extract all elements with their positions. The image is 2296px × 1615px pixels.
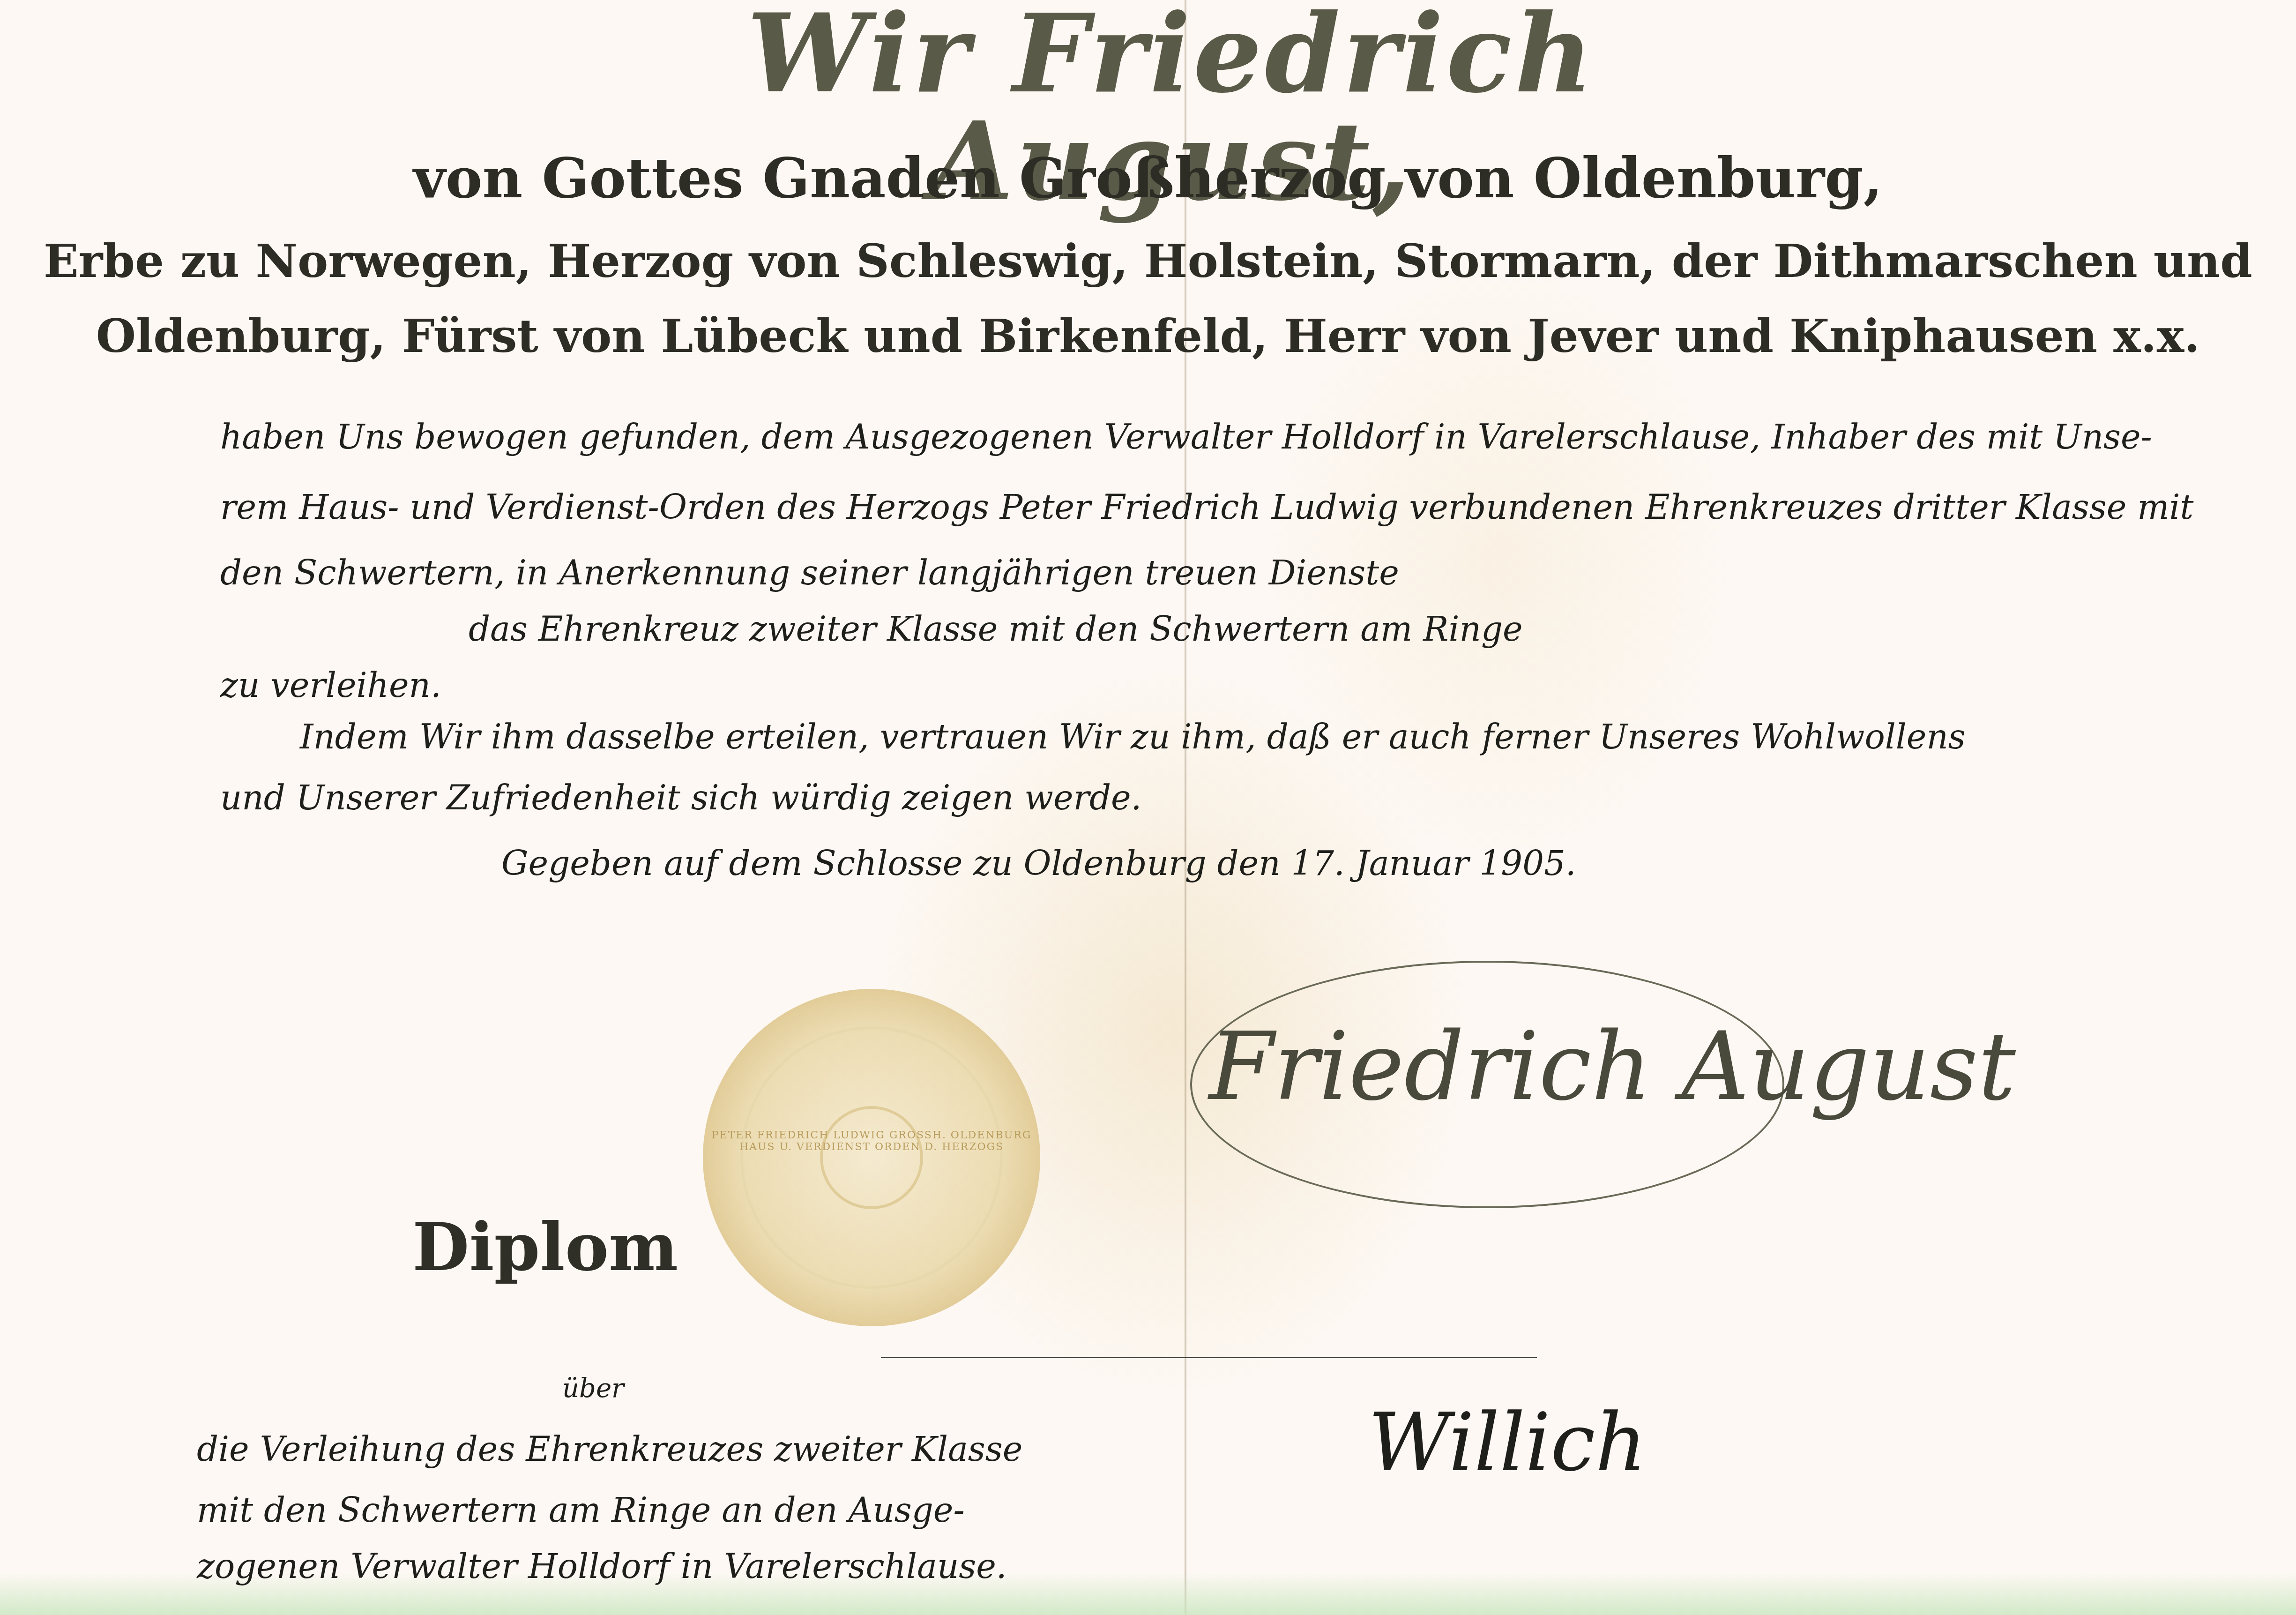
body-line-7: und Unserer Zufriedenheit sich würdig ze… xyxy=(220,778,1142,817)
signature-line xyxy=(881,1357,1537,1358)
countersignature: Willich xyxy=(1368,1397,1647,1489)
body-line-6: Indem Wir ihm dasselbe erteilen, vertrau… xyxy=(300,717,1966,756)
body-line-1: haben Uns bewogen gefunden, dem Ausgezog… xyxy=(220,417,2152,456)
diplom-line-1: über xyxy=(562,1373,624,1404)
signature: Friedrich August xyxy=(1209,1012,2016,1122)
diplom-line-4: zogenen Verwalter Holldorf in Varelersch… xyxy=(197,1547,1007,1586)
subtitle-line-1: von Gottes Gnaden Großherzog von Oldenbu… xyxy=(0,145,2296,210)
date-line: Gegeben auf dem Schlosse zu Oldenburg de… xyxy=(501,844,1576,883)
body-line-4: das Ehrenkreuz zweiter Klasse mit den Sc… xyxy=(469,609,1523,649)
body-line-2: rem Haus- und Verdienst-Orden des Herzog… xyxy=(220,487,2193,527)
diplom-line-3: mit den Schwertern am Ringe an den Ausge… xyxy=(197,1490,965,1530)
subtitle-line-3: Oldenburg, Fürst von Lübeck und Birkenfe… xyxy=(0,309,2296,363)
diplom-heading: Diplom xyxy=(412,1209,678,1286)
embossed-seal: PETER FRIEDRICH LUDWIG GROSSH. OLDENBURG… xyxy=(703,989,1040,1326)
seal-inscription: PETER FRIEDRICH LUDWIG GROSSH. OLDENBURG… xyxy=(703,1129,1040,1153)
body-line-3: den Schwertern, in Anerkennung seiner la… xyxy=(220,553,1399,592)
subtitle-line-2: Erbe zu Norwegen, Herzog von Schleswig, … xyxy=(0,234,2296,288)
diplom-line-2: die Verleihung des Ehrenkreuzes zweiter … xyxy=(197,1429,1022,1469)
seal-star-center xyxy=(820,1106,923,1209)
body-line-5: zu verleihen. xyxy=(220,665,441,705)
